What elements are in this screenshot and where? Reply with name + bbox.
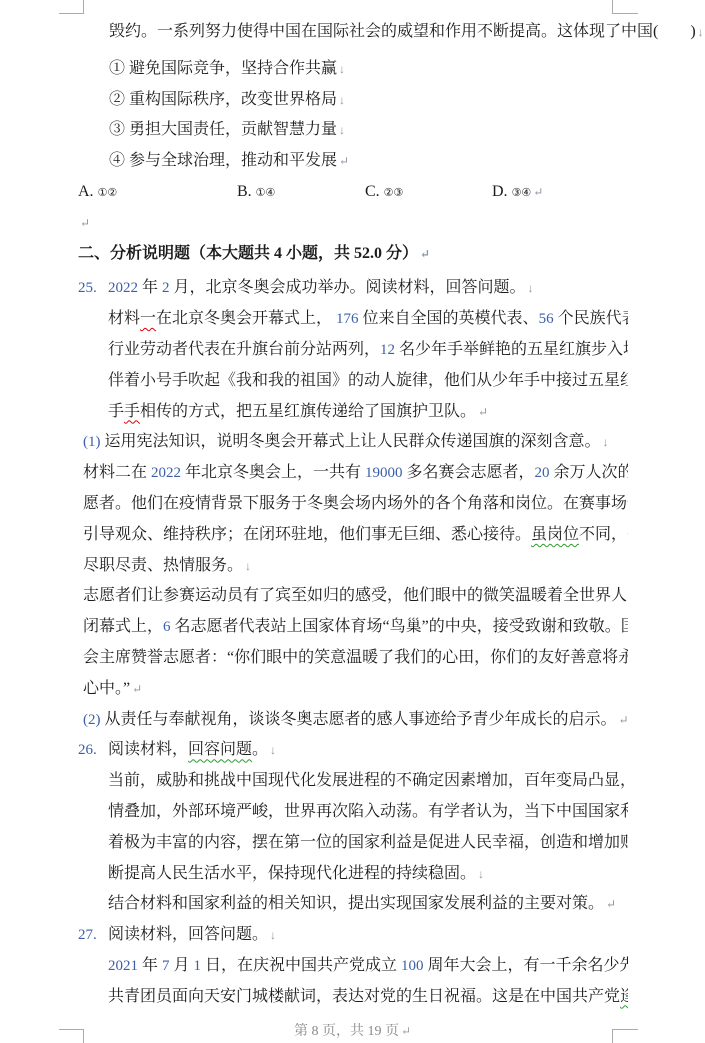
text-line: 引导观众、维持秩序；在闭环驻地，他们事无巨细、悉心接待。虽岗位不同，但他们都 [83, 520, 628, 551]
paragraph: 2021 年 7 月 1 日，在庆祝中国共产党成立 100 周年大会上，有一千余… [0, 951, 705, 1013]
line-break-mark-icon: ↵ [617, 713, 629, 727]
line-break-mark-icon: ↓ [268, 928, 276, 942]
text-segment: 7 [162, 958, 170, 974]
text-segment: 1 [194, 958, 202, 974]
text-line: (2) 从责任与奉献视角，谈谈冬奥志愿者的感人事迹给予青少年成长的启示。↵ [83, 705, 705, 736]
text-segment: ① 避免国际竞争，坚持合作共赢 [109, 60, 337, 77]
line-break-mark-icon: ↓ [268, 743, 276, 757]
text-segment: 断提高人民生活水平，保持现代化进程的持续稳固。 [108, 865, 476, 882]
paragraph: ③ 勇担大国责任，贡献智慧力量↓ [0, 115, 705, 146]
text-segment: 2021 [108, 958, 138, 974]
margin-mark-top-right [612, 0, 638, 14]
text-segment: 56 [539, 311, 554, 327]
option-letter: A. [78, 183, 98, 200]
text-segment: 12 [380, 342, 395, 358]
page-number-text: 第 8 页，共 19 页 [294, 1024, 399, 1039]
paragraph: (2) 从责任与奉献视角，谈谈冬奥志愿者的感人事迹给予青少年成长的启示。↵ [0, 705, 705, 736]
text-segment: 名志愿者代表站上国家体育场“鸟巢”的中央，接受致谢和致敬。国际奥委 [171, 618, 628, 635]
text-segment: 愿者。他们在疫情背景下服务于冬奥会场内场外的各个角落和岗位。在赛事场馆，他们 [83, 495, 628, 512]
text-line: 手手相传的方式，把五星红旗传递给了国旗护卫队。↵ [108, 397, 705, 428]
paragraph: ④ 参与全球治理，推动和平发展↵ [0, 146, 705, 177]
text-segment: 日，在庆祝中国共产党成立 [201, 957, 401, 974]
text-line: 行业劳动者代表在升旗台前分站两列，12 名少年手举鲜艳的五星红旗步入场中。 [108, 335, 628, 366]
text-segment: 20 [535, 465, 550, 481]
text-segment: 引导观众、维持秩序；在闭环驻地，他们事无巨细、悉心接待。 [83, 526, 531, 543]
text-line: 着极为丰富的内容，摆在第一位的国家利益是促进人民幸福，创造和增加财富，不 [108, 828, 628, 859]
text-segment: 情叠加，外部环境严峻，世界再次陷入动荡。有学者认为，当下中国国家利益包含 [108, 803, 628, 820]
option-circled-numbers: ①④ [256, 187, 276, 199]
text-line: 结合材料和国家利益的相关知识，提出实现国家发展利益的主要对策。↵ [108, 889, 705, 920]
text-line: 二、分析说明题（本大题共 4 小题，共 52.0 分）↵ [78, 239, 705, 270]
text-segment: 一 [140, 310, 156, 327]
text-segment: 周年大会上，有一千余名少先队员和 [424, 957, 628, 974]
text-segment: 在北京冬奥会开幕式上， [156, 310, 336, 327]
text-segment: 结合材料和国家利益的相关知识，提出实现国家发展利益的主要对策。 [108, 895, 604, 912]
paragraph: 26.阅读材料，回容问题。↓ [0, 735, 705, 766]
question-number: 25. [78, 273, 97, 304]
text-segment: 2022 [108, 280, 138, 296]
option-circled-numbers: ③④ [512, 187, 532, 199]
paragraph: ① 避免国际竞争，坚持合作共赢↓ [0, 54, 705, 85]
text-line: ③ 勇担大国责任，贡献智慧力量↓ [109, 115, 705, 146]
text-segment: 闭幕式上， [83, 618, 163, 635]
text-line: ↵ [78, 208, 705, 239]
text-line: 伴着小号手吹起《我和我的祖国》的动人旋律，他们从少年手中接过五星红旗，用 [108, 366, 628, 397]
text-line: 2022 年 2 月，北京冬奥会成功举办。阅读材料，回答问题。↓ [108, 273, 705, 304]
line-break-mark-icon: ↓ [243, 559, 251, 573]
line-break-mark-icon: ↓ [476, 867, 484, 881]
text-segment: ③ 勇担大国责任，贡献智慧力量 [109, 121, 337, 138]
page-footer: 第 8 页，共 19 页↵ [0, 1021, 705, 1041]
paragraph: 材料二在 2022 年北京冬奥会上，一共有 19000 多名赛会志愿者，20 余… [0, 458, 705, 581]
paragraph: ② 重构国际秩序，改变世界格局↓ [0, 85, 705, 116]
text-segment: 着极为丰富的内容，摆在第一位的国家利益是促进人民幸福，创造和增加财富，不 [108, 834, 628, 851]
text-segment: 共青团员面向天安门城楼献词，表达对党的生日祝福。这是在中国共产党 [108, 988, 620, 1005]
option-circled-numbers: ①② [98, 187, 118, 199]
text-line: 愿者。他们在疫情背景下服务于冬奥会场内场外的各个角落和岗位。在赛事场馆，他们 [83, 489, 628, 520]
text-line: 情叠加，外部环境严峻，世界再次陷入动荡。有学者认为，当下中国国家利益包含 [108, 797, 628, 828]
paragraph: 材料一在北京冬奥会开幕式上， 176 位来自全国的英模代表、56 个民族代表及各… [0, 304, 705, 427]
line-break-mark-icon: ↓ [337, 62, 345, 76]
text-segment: 19000 [365, 465, 403, 481]
text-line: 断提高人民生活水平，保持现代化进程的持续稳固。↓ [108, 859, 705, 890]
line-break-mark-icon: ↓ [601, 435, 609, 449]
text-segment: (2) [83, 712, 101, 728]
text-segment: 2022 [151, 465, 181, 481]
option-c: C. ②③ [365, 177, 492, 209]
line-break-mark-icon: ↵ [476, 405, 488, 419]
paragraph: ↵ [0, 208, 705, 239]
line-break-mark-icon: ↓ [526, 281, 534, 295]
text-line: 共青团员面向天安门城楼献词，表达对党的生日祝福。这是在中国共产党逢十庆祝 [108, 982, 628, 1013]
text-segment: 当前，威胁和挑战中国现代化发展进程的不确定因素增加，百年变局凸显，世纪疫 [108, 772, 628, 789]
option-circled-numbers: ②③ [384, 187, 404, 199]
text-segment: 手 [108, 403, 124, 420]
text-segment: 阅读材料， [108, 741, 188, 758]
text-line: 志愿者们让参赛运动员有了宾至如归的感受，他们眼中的微笑温暖着全世界人民的心。 [83, 581, 628, 612]
paragraph: 结合材料和国家利益的相关知识，提出实现国家发展利益的主要对策。↵ [0, 889, 705, 920]
option-letter: B. [237, 183, 256, 200]
margin-mark-top-left [59, 0, 84, 14]
text-segment: (1) [83, 434, 101, 450]
line-break-mark-icon: ↵ [78, 216, 90, 230]
paragraph: 27.阅读材料，回答问题。↓ [0, 920, 705, 951]
text-segment: 回容问题 [188, 741, 252, 758]
text-line: 材料二在 2022 年北京冬奥会上，一共有 19000 多名赛会志愿者，20 余… [83, 458, 628, 489]
text-line: 心中。”↵ [83, 674, 705, 705]
text-segment: 月 [170, 957, 194, 974]
text-segment: 尽职尽责、热情服务。 [83, 557, 243, 574]
text-segment: 名少年手举鲜艳的五星红旗步入场中。 [395, 341, 628, 358]
text-segment: 。 [252, 741, 268, 758]
text-line: ② 重构国际秩序，改变世界格局↓ [109, 85, 705, 116]
section-heading: 二、分析说明题（本大题共 4 小题，共 52.0 分）↵ [0, 239, 705, 270]
text-segment: 个民族代表及各 [554, 310, 628, 327]
text-line: 材料一在北京冬奥会开幕式上， 176 位来自全国的英模代表、56 个民族代表及各 [108, 304, 628, 335]
text-line: 阅读材料，回答问题。↓ [108, 920, 705, 951]
line-break-mark-icon: ↵ [531, 185, 543, 199]
text-segment: 相传的方式，把五星红旗传递给了国旗护卫队。 [140, 403, 476, 420]
text-segment: 多名赛会志愿者， [403, 464, 535, 481]
text-segment: 材料二在 [83, 464, 151, 481]
question-number: 27. [78, 920, 97, 951]
text-segment: 心中。” [83, 680, 130, 697]
option-b: B. ①④ [237, 177, 365, 209]
text-segment: 材料 [108, 310, 140, 327]
text-line: 尽职尽责、热情服务。↓ [83, 551, 705, 582]
option-a: A. ①② [78, 177, 237, 209]
line-break-mark-icon: ↓ [337, 93, 345, 107]
text-segment: 年北京冬奥会上，一共有 [181, 464, 365, 481]
text-segment: 阅读材料，回答问题。 [108, 926, 268, 943]
text-line: (1) 运用宪法知识，说明冬奥会开幕式上让人民群众传递国旗的深刻含意。↓ [83, 427, 705, 458]
line-break-mark-icon: ↵ [418, 247, 430, 261]
text-segment: 虽岗位 [531, 526, 579, 543]
document-content: 毁约。一系列努力使得中国在国际社会的威望和作用不断提高。这体现了中国( )↓① … [0, 17, 705, 1013]
option-d: D. ③④ [492, 177, 531, 209]
line-break-mark-icon: ↵ [130, 682, 142, 696]
paragraph-mark-icon: ↵ [399, 1024, 411, 1038]
question-number: 26. [78, 735, 97, 766]
text-segment: ④ 参与全球治理，推动和平发展 [109, 152, 337, 169]
option-letter: C. [365, 183, 384, 200]
text-segment: 伴着小号手吹起《我和我的祖国》的动人旋律，他们从少年手中接过五星红旗，用 [108, 372, 628, 389]
text-segment: 位来自全国的英模代表、 [359, 310, 539, 327]
paragraph: 志愿者们让参赛运动员有了宾至如归的感受，他们眼中的微笑温暖着全世界人民的心。闭幕… [0, 581, 705, 704]
text-line: 2021 年 7 月 1 日，在庆祝中国共产党成立 100 周年大会上，有一千余… [108, 951, 628, 982]
paragraph: 25.2022 年 2 月，北京冬奥会成功举办。阅读材料，回答问题。↓ [0, 273, 705, 304]
text-segment: 176 [336, 311, 359, 327]
text-line: 会主席赞誉志愿者：“你们眼中的笑意温暖了我们的心田，你们的友好善意将永驻我们 [83, 643, 628, 674]
paragraph: 当前，威胁和挑战中国现代化发展进程的不确定因素增加，百年变局凸显，世纪疫情叠加，… [0, 766, 705, 889]
text-line: 毁约。一系列努力使得中国在国际社会的威望和作用不断提高。这体现了中国( )↓ [109, 17, 705, 48]
text-segment: 手 [124, 403, 140, 420]
option-letter: D. [492, 183, 512, 200]
text-line: 阅读材料，回容问题。↓ [108, 735, 705, 766]
text-segment: 6 [163, 619, 171, 635]
text-segment: 100 [401, 958, 424, 974]
text-segment: 毁约。一系列努力使得中国在国际社会的威望和作用不断提高。这体现了中国( ) [109, 23, 696, 40]
text-segment: 余万人次的城市志 [550, 464, 628, 481]
text-segment: 二、分析说明题（本大题共 4 小题，共 52.0 分） [78, 245, 418, 262]
text-segment: 不同，但他们都 [579, 526, 628, 543]
text-segment: 会主席赞誉志愿者：“你们眼中的笑意温暖了我们的心田，你们的友好善意将永驻我们 [83, 649, 628, 666]
document-page: 毁约。一系列努力使得中国在国际社会的威望和作用不断提高。这体现了中国( )↓① … [0, 0, 705, 1043]
text-segment: 逢十庆祝 [620, 988, 628, 1005]
text-line: 闭幕式上，6 名志愿者代表站上国家体育场“鸟巢”的中央，接受致谢和致敬。国际奥委 [83, 612, 628, 643]
text-segment: 年 [138, 279, 162, 296]
text-line: 当前，威胁和挑战中国现代化发展进程的不确定因素增加，百年变局凸显，世纪疫 [108, 766, 628, 797]
text-line: ④ 参与全球治理，推动和平发展↵ [109, 146, 705, 177]
line-break-mark-icon: ↓ [337, 123, 345, 137]
text-segment: 从责任与奉献视角，谈谈冬奥志愿者的感人事迹给予青少年成长的启示。 [101, 711, 617, 728]
line-break-mark-icon: ↵ [604, 897, 616, 911]
line-break-mark-icon: ↓ [696, 25, 704, 39]
paragraph: 毁约。一系列努力使得中国在国际社会的威望和作用不断提高。这体现了中国( )↓ [0, 17, 705, 48]
text-segment: 2 [162, 280, 170, 296]
text-segment: 月，北京冬奥会成功举办。阅读材料，回答问题。 [170, 279, 526, 296]
paragraph: (1) 运用宪法知识，说明冬奥会开幕式上让人民群众传递国旗的深刻含意。↓ [0, 427, 705, 458]
text-line: ① 避免国际竞争，坚持合作共赢↓ [109, 54, 705, 85]
text-segment: 志愿者们让参赛运动员有了宾至如归的感受，他们眼中的微笑温暖着全世界人民的心。 [83, 587, 628, 604]
text-segment: ② 重构国际秩序，改变世界格局 [109, 91, 337, 108]
text-segment: 年 [138, 957, 162, 974]
line-break-mark-icon: ↵ [337, 154, 349, 168]
text-segment: 运用宪法知识，说明冬奥会开幕式上让人民群众传递国旗的深刻含意。 [101, 433, 601, 450]
text-segment: 行业劳动者代表在升旗台前分站两列， [108, 341, 380, 358]
answer-options-row: A. ①②B. ①④C. ②③D. ③④↵ [0, 177, 705, 208]
